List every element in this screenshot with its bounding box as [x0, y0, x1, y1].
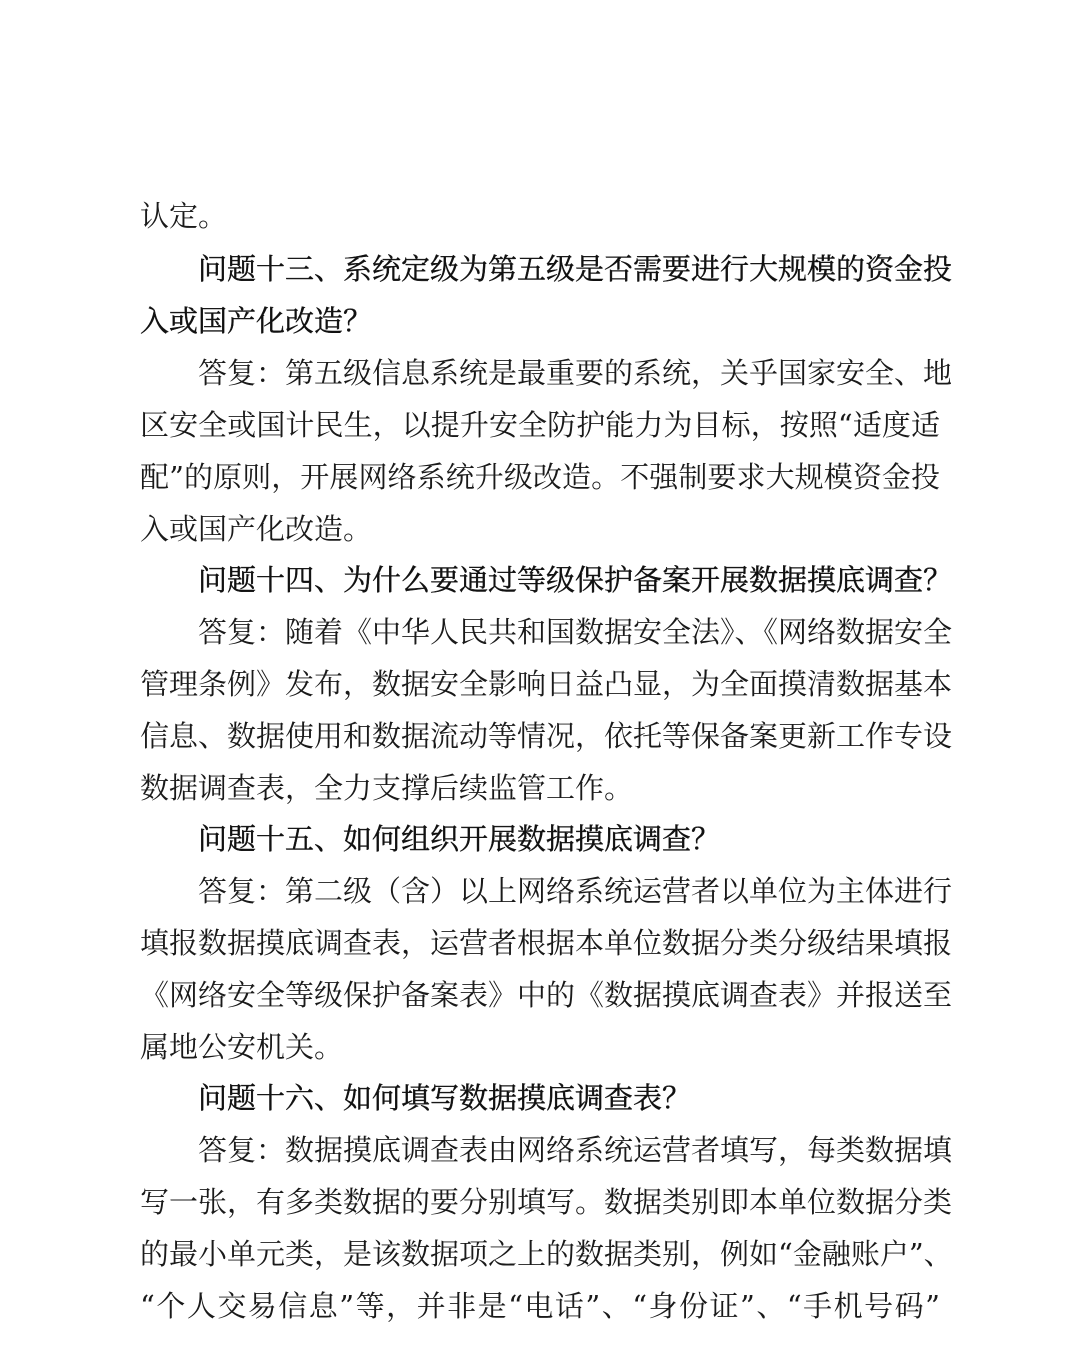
question-14-heading: 问题十四、为什么要通过等级保护备案开展数据摸底调查？	[198, 554, 940, 606]
question-15-heading: 问题十五、如何组织开展数据摸底调查？	[198, 813, 940, 865]
answer-14-line: 答复：随着《中华人民共和国数据安全法》、《网络数据安全	[198, 606, 940, 658]
answer-16-line: 写一张，有多类数据的要分别填写。数据类别即本单位数据分类	[140, 1176, 940, 1228]
answer-16-line: “个人交易信息”等，并非是“电话”、“身份证”、“手机号码”	[140, 1280, 940, 1332]
answer-15-line: 答复：第二级（含）以上网络系统运营者以单位为主体进行	[198, 865, 940, 917]
question-13-heading: 问题十三、系统定级为第五级是否需要进行大规模的资金投	[198, 243, 940, 295]
answer-16-line: 答复：数据摸底调查表由网络系统运营者填写，每类数据填	[198, 1124, 940, 1176]
answer-14-line: 数据调查表，全力支撑后续监管工作。	[140, 762, 940, 814]
question-16-heading: 问题十六、如何填写数据摸底调查表？	[198, 1072, 940, 1124]
answer-13-line: 区安全或国计民生，以提升安全防护能力为目标，按照“适度适	[140, 399, 940, 451]
answer-14-line: 信息、数据使用和数据流动等情况，依托等保备案更新工作专设	[140, 710, 940, 762]
answer-13-line: 配”的原则，开展网络系统升级改造。不强制要求大规模资金投	[140, 451, 940, 503]
answer-15-line: 属地公安机关。	[140, 1021, 940, 1073]
question-13-heading-cont: 入或国产化改造？	[140, 295, 940, 347]
answer-15-line: 《网络安全等级保护备案表》中的《数据摸底调查表》并报送至	[140, 969, 940, 1021]
answer-14-line: 管理条例》发布，数据安全影响日益凸显，为全面摸清数据基本	[140, 658, 940, 710]
answer-15-line: 填报数据摸底调查表，运营者根据本单位数据分类分级结果填报	[140, 917, 940, 969]
line-continuation: 认定。	[140, 190, 940, 242]
answer-16-line: 的最小单元类，是该数据项之上的数据类别，例如“金融账户”、	[140, 1228, 940, 1280]
answer-13-line: 答复：第五级信息系统是最重要的系统，关乎国家安全、地	[198, 347, 940, 399]
document-page: 认定。 问题十三、系统定级为第五级是否需要进行大规模的资金投 入或国产化改造？ …	[0, 0, 1080, 1372]
answer-13-line: 入或国产化改造。	[140, 503, 940, 555]
